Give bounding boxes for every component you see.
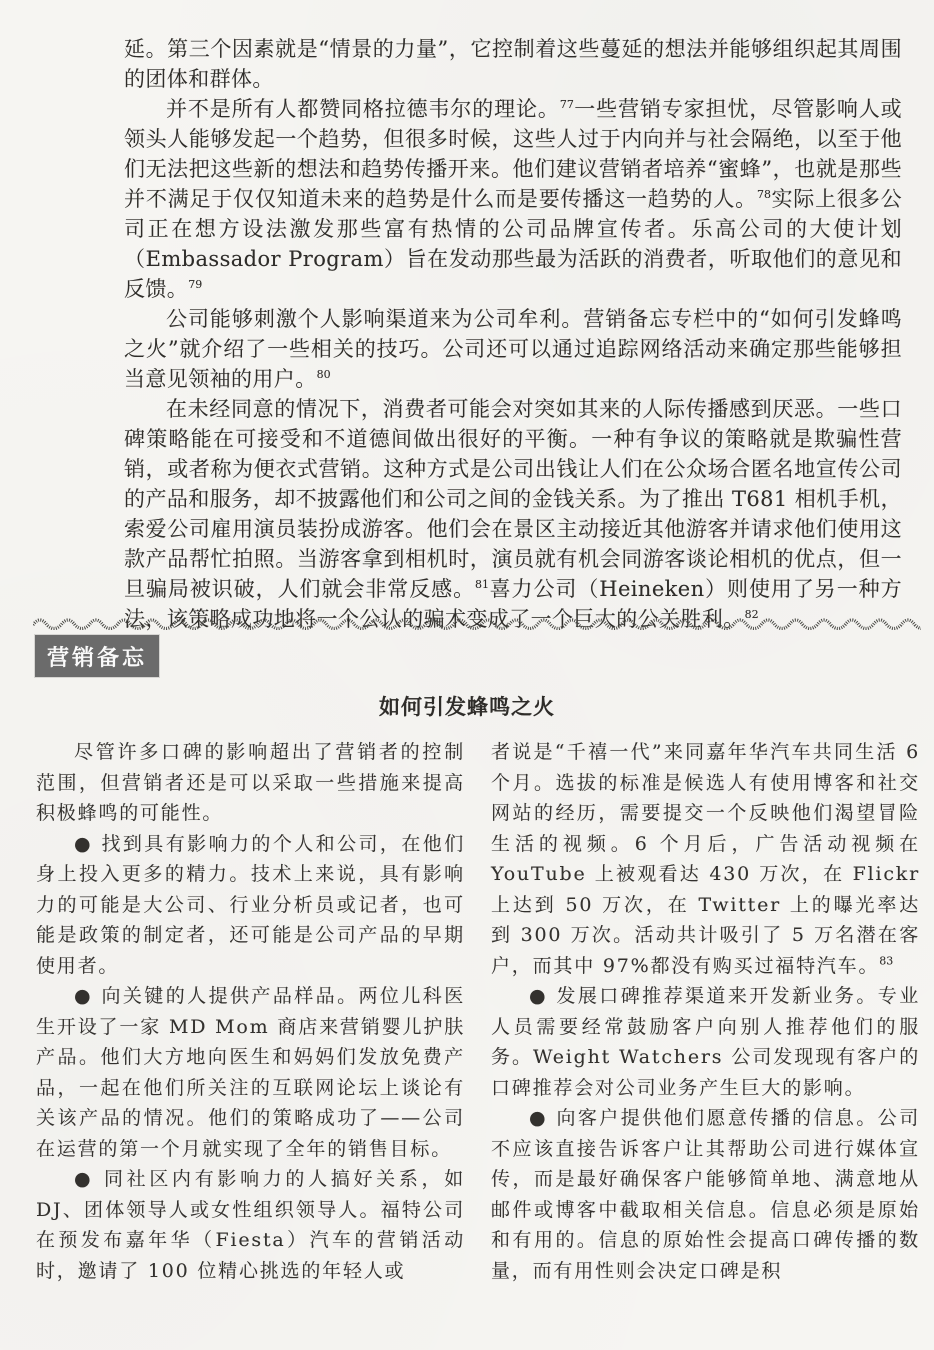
memo-paragraph-continuation: 者说是“千禧一代”来同嘉年华汽车共同生活 6 个月。选拔的标准是候选人有使用博客… <box>491 737 920 981</box>
body-paragraph-1: 延。第三个因素就是“情景的力量”，它控制着这些蔓延的想法并能够组织起其周围的团体… <box>124 34 902 94</box>
wavy-divider-svg <box>33 616 921 630</box>
wavy-divider <box>33 615 921 629</box>
memo-paragraph-intro: 尽管许多口碑的影响超出了营销者的控制范围，但营销者还是可以采取一些措施来提高积极… <box>36 737 465 829</box>
memo-left-column: 尽管许多口碑的影响超出了营销者的控制范围，但营销者还是可以采取一些措施来提高积极… <box>36 737 465 1286</box>
memo-title: 如何引发蜂鸣之火 <box>0 691 934 721</box>
memo-bullet-item-2: ● 向关键的人提供产品样品。两位儿科医生开设了一家 MD Mom 商店来营销婴儿… <box>36 981 465 1164</box>
memo-columns: 尽管许多口碑的影响超出了营销者的控制范围，但营销者还是可以采取一些措施来提高积极… <box>36 737 920 1286</box>
memo-label: 营销备忘 <box>35 635 159 677</box>
memo-right-column: 者说是“千禧一代”来同嘉年华汽车共同生活 6 个月。选拔的标准是候选人有使用博客… <box>491 737 920 1286</box>
body-paragraph-2: 并不是所有人都赞同格拉德韦尔的理论。77一些营销专家担忧，尽管影响人或领头人能够… <box>124 94 902 304</box>
book-page: 延。第三个因素就是“情景的力量”，它控制着这些蔓延的想法并能够组织起其周围的团体… <box>0 0 934 1350</box>
body-paragraph-3: 公司能够刺激个人影响渠道来为公司牟利。营销备忘专栏中的“如何引发蜂鸣之火”就介绍… <box>124 304 902 394</box>
body-text-block: 延。第三个因素就是“情景的力量”，它控制着这些蔓延的想法并能够组织起其周围的团体… <box>124 34 902 634</box>
memo-bullet-item-5: ● 向客户提供他们愿意传播的信息。公司不应该直接告诉客户让其帮助公司进行媒体宣传… <box>491 1103 920 1286</box>
memo-bullet-item-4: ● 发展口碑推荐渠道来开发新业务。专业人员需要经常鼓励客户向别人推荐他们的服务。… <box>491 981 920 1103</box>
body-paragraph-4: 在未经同意的情况下，消费者可能会对突如其来的人际传播感到厌恶。一些口碑策略能在可… <box>124 394 902 634</box>
memo-bullet-item-1: ● 找到具有影响力的个人和公司，在他们身上投入更多的精力。技术上来说，具有影响力… <box>36 829 465 982</box>
memo-bullet-item-3: ● 同社区内有影响力的人搞好关系，如 DJ、团体领导人或女性组织领导人。福特公司… <box>36 1164 465 1286</box>
wavy-divider-path <box>33 620 921 629</box>
